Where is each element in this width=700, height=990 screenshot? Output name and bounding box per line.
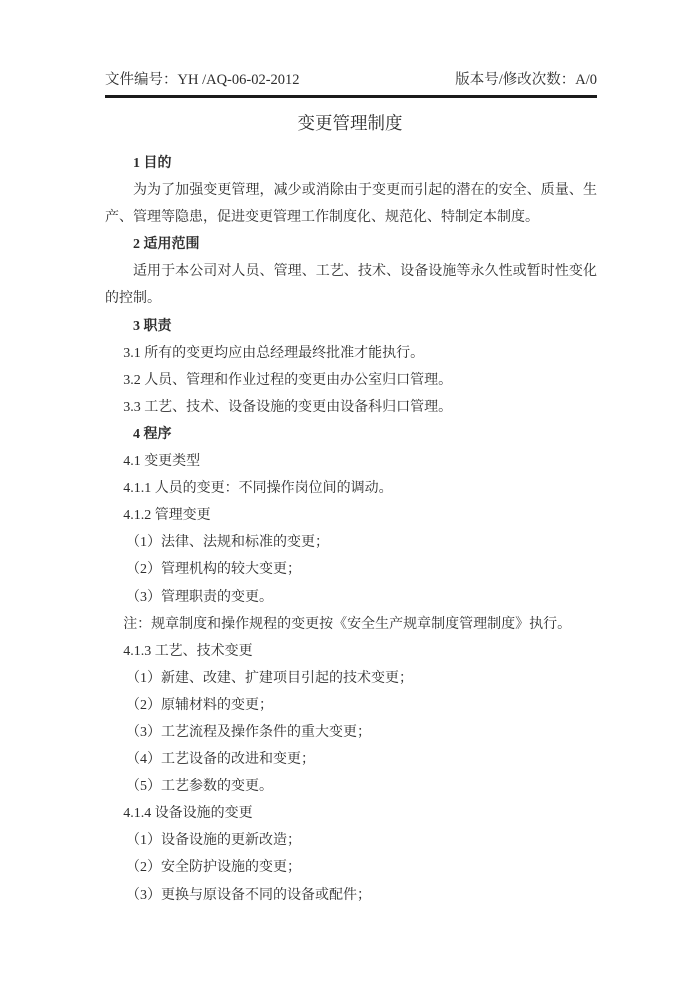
body-line-11: 4.1.1 人员的变更：不同操作岗位间的调动。 [105,475,597,502]
body-line-26: （3）更换与原设备不同的设备或配件； [105,882,597,909]
body-line-25: （2）安全防护设施的变更； [105,854,597,881]
body-line-3: 2 适用范围 [105,231,597,258]
body-line-21: （4）工艺设备的改进和变更； [105,746,597,773]
body-line-8: 3.3 工艺、技术、设备设施的变更由设备科归口管理。 [105,394,597,421]
page-header: 文件编号：YH /AQ-06-02-2012 版本号/修改次数：A/0 [105,70,597,90]
document-title: 变更管理制度 [0,112,700,134]
body-line-4: 适用于本公司对人员、管理、工艺、技术、设备设施等永久性或暂时性变化的控制。 [105,258,597,312]
version-number: 版本号/修改次数：A/0 [455,70,597,90]
document-page: 文件编号：YH /AQ-06-02-2012 版本号/修改次数：A/0 变更管理… [0,0,700,990]
body-line-14: （2）管理机构的较大变更； [105,556,597,583]
version-value: A/0 [575,72,597,88]
document-body: 1 目的为为了加强变更管理，减少或消除由于变更而引起的潜在的安全、质量、生产、管… [105,150,597,909]
version-label: 版本号/修改次数： [455,72,575,88]
body-line-16: 注：规章制度和操作规程的变更按《安全生产规章制度管理制度》执行。 [105,611,597,638]
body-line-13: （1）法律、法规和标准的变更； [105,529,597,556]
body-line-12: 4.1.2 管理变更 [105,502,597,529]
doc-number-value: YH /AQ-06-02-2012 [178,72,300,88]
body-line-2: 为为了加强变更管理，减少或消除由于变更而引起的潜在的安全、质量、生产、管理等隐患… [105,177,597,231]
body-line-10: 4.1 变更类型 [105,448,597,475]
body-line-7: 3.2 人员、管理和作业过程的变更由办公室归口管理。 [105,367,597,394]
doc-number-label: 文件编号： [105,72,178,88]
body-line-23: 4.1.4 设备设施的变更 [105,800,597,827]
body-line-6: 3.1 所有的变更均应由总经理最终批准才能执行。 [105,340,597,367]
header-rule [105,95,597,98]
body-line-15: （3）管理职责的变更。 [105,584,597,611]
body-line-19: （2）原辅材料的变更； [105,692,597,719]
body-line-22: （5）工艺参数的变更。 [105,773,597,800]
body-line-1: 1 目的 [105,150,597,177]
body-line-18: （1）新建、改建、扩建项目引起的技术变更； [105,665,597,692]
body-line-24: （1）设备设施的更新改造； [105,827,597,854]
body-line-5: 3 职责 [105,313,597,340]
body-line-9: 4 程序 [105,421,597,448]
body-line-20: （3）工艺流程及操作条件的重大变更； [105,719,597,746]
body-line-17: 4.1.3 工艺、技术变更 [105,638,597,665]
doc-number: 文件编号：YH /AQ-06-02-2012 [105,70,300,90]
